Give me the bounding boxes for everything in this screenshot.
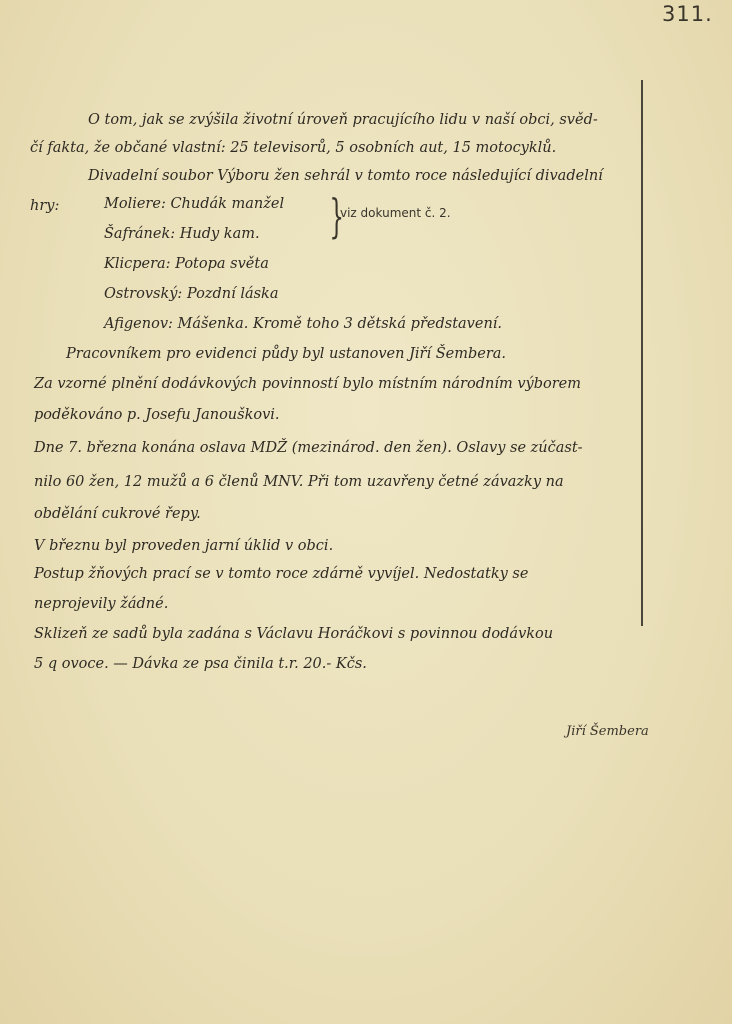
play-entry: Moliere: Chudák manžel xyxy=(104,196,284,212)
text-line: Sklizeň ze sadů byla zadána s Václavu Ho… xyxy=(34,626,553,642)
text-line: Dne 7. března konána oslava MDŽ (mezinár… xyxy=(34,440,583,456)
text-line: hry: xyxy=(30,198,59,214)
text-line: V březnu byl proveden jarní úklid v obci… xyxy=(34,538,333,554)
text-line: nilo 60 žen, 12 mužů a 6 členů MNV. Při … xyxy=(34,474,564,490)
text-line: obdělání cukrové řepy. xyxy=(34,506,201,522)
text-line: Pracovníkem pro evidenci půdy byl ustano… xyxy=(66,346,506,362)
text-line: neprojevily žádné. xyxy=(34,596,168,612)
margin-rule xyxy=(641,80,643,626)
play-entry: Ostrovský: Pozdní láska xyxy=(104,286,278,302)
text-line: Za vzorné plnění dodávkových povinností … xyxy=(34,376,581,392)
text-line: Postup žňových prací se v tomto roce zdá… xyxy=(34,566,528,582)
text-line: čí fakta, že občané vlastní: 25 televiso… xyxy=(30,140,556,156)
play-entry: Afigenov: Mášenka. Kromě toho 3 dětská p… xyxy=(104,316,502,332)
text-line: Divadelní soubor Výboru žen sehrál v tom… xyxy=(88,168,603,184)
document-reference-note: viz dokument č. 2. xyxy=(340,206,451,220)
play-entry: Klicpera: Potopa světa xyxy=(104,256,269,272)
text-line: 5 q ovoce. — Dávka ze psa činila t.r. 20… xyxy=(34,656,367,672)
page-number: 311. xyxy=(662,2,713,26)
text-line: O tom, jak se zvýšila životní úroveň pra… xyxy=(88,112,598,128)
signature: Jiří Šembera xyxy=(566,724,649,739)
play-entry: Šafránek: Hudy kam. xyxy=(104,226,260,242)
text-line: poděkováno p. Josefu Janouškovi. xyxy=(34,407,280,423)
